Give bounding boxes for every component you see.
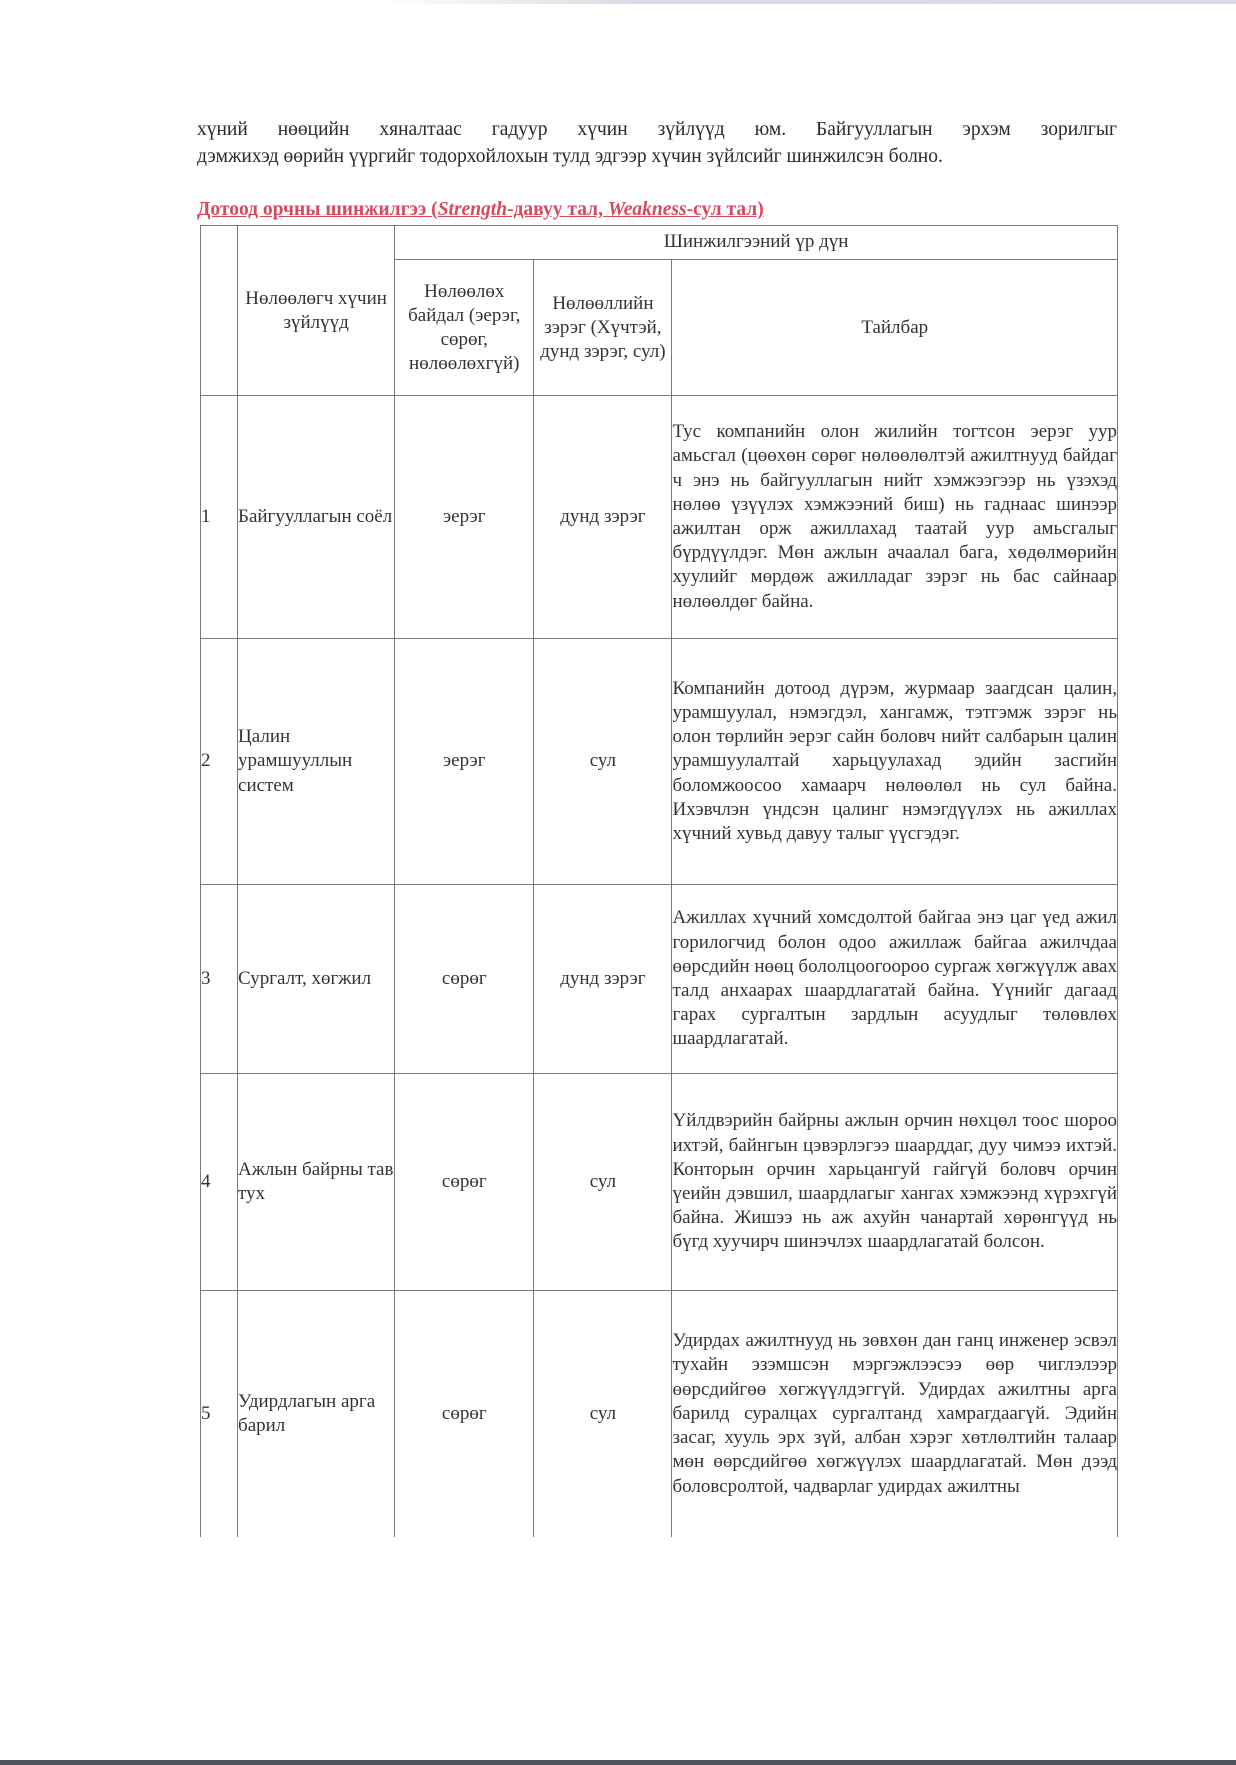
row-factor: Байгууллагын соёл [238,396,395,639]
header-factor: Нөлөөлөгч хүчин зүйлүүд [238,226,395,396]
row-factor: Удирдлагын арга барил [238,1291,395,1538]
row-number: 5 [201,1291,238,1538]
row-degree: дунд зэрэг [534,396,672,639]
section-title: Дотоод орчны шинжилгээ (Strength-давуу т… [197,198,764,222]
row-degree: сул [534,1291,672,1538]
table-row: 1 Байгууллагын соёл эерэг дунд зэрэг Тус… [201,396,1118,639]
strength-term: Strength [438,199,507,220]
row-state: эерэг [395,639,534,885]
row-degree: сул [534,1074,672,1291]
table-row: 2 Цалин урамшууллын систем эерэг сул Ком… [201,639,1118,885]
row-state: сөрөг [395,1291,534,1538]
intro-line-1: хүний нөөцийн хяналтаас гадуур хүчин зүй… [197,116,1117,143]
scan-edge-bottom [0,1760,1236,1765]
scan-edge-top [380,0,1236,4]
row-degree: дунд зэрэг [534,885,672,1074]
row-description: Удирдах ажилтнууд нь зөвхөн дан ганц инж… [672,1291,1118,1538]
header-description: Тайлбар [672,260,1118,396]
row-description: Үйлдвэрийн байрны ажлын орчин нөхцөл тоо… [672,1074,1118,1291]
row-state: эерэг [395,396,534,639]
row-state: сөрөг [395,1074,534,1291]
internal-analysis-table: Нөлөөлөгч хүчин зүйлүүд Шинжилгээний үр … [200,225,1118,1537]
row-state: сөрөг [395,885,534,1074]
header-group-results: Шинжилгээний үр дүн [395,226,1118,260]
row-number: 2 [201,639,238,885]
strength-label: -давуу тал, [507,199,608,220]
weakness-term: Weakness [608,199,687,220]
row-description: Компанийн дотоод дүрэм, журмаар заагдсан… [672,639,1118,885]
row-factor: Цалин урамшууллын систем [238,639,395,885]
table-row: 5 Удирдлагын арга барил сөрөг сул Удирда… [201,1291,1118,1538]
section-title-prefix: Дотоод орчны шинжилгээ ( [197,199,438,220]
row-number: 3 [201,885,238,1074]
row-factor: Сургалт, хөгжил [238,885,395,1074]
table-row: 3 Сургалт, хөгжил сөрөг дунд зэрэг Ажилл… [201,885,1118,1074]
intro-paragraph: хүний нөөцийн хяналтаас гадуур хүчин зүй… [197,116,1117,170]
table-row: 4 Ажлын байрны тав тух сөрөг сул Үйлдвэр… [201,1074,1118,1291]
table-header-row: Нөлөөлөгч хүчин зүйлүүд Шинжилгээний үр … [201,226,1118,260]
row-description: Тус компанийн олон жилийн тогтсон эерэг … [672,396,1118,639]
header-degree: Нөлөөллийн зэрэг (Хүчтэй, дунд зэрэг, су… [534,260,672,396]
row-number: 4 [201,1074,238,1291]
row-factor: Ажлын байрны тав тух [238,1074,395,1291]
row-number: 1 [201,396,238,639]
intro-line-2: дэмжихэд өөрийн үүргийг тодорхойлохын ту… [197,143,1117,170]
row-description: Ажиллах хүчний хомсдолтой байгаа энэ цаг… [672,885,1118,1074]
weakness-label: -сул тал) [687,199,764,220]
header-state: Нөлөөлөх байдал (эерэг, сөрөг, нөлөөлөхг… [395,260,534,396]
header-number [201,226,238,396]
row-degree: сул [534,639,672,885]
